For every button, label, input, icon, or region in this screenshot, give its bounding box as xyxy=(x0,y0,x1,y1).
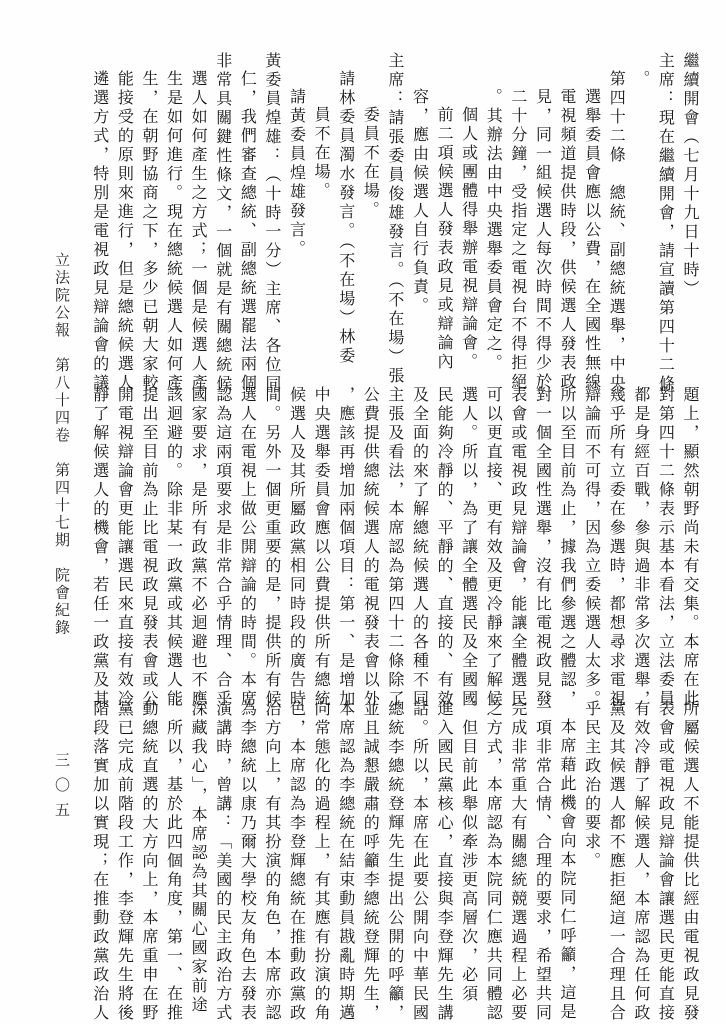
text-column: 遴選方式，特別是電視政見辯論會的議 xyxy=(87,52,112,394)
text-column: 有效冷靜了解候選人，本席認為任何政 xyxy=(628,700,653,1024)
gazette-page: 立法院公報 第八十四卷 第四十七期 院會紀錄 三〇五 繼續開會（七月十九日十時）… xyxy=(0,0,726,1024)
text-column: 都是身經百戰，參與過非常多次選舉， xyxy=(628,386,653,712)
text-column: 主張及看法，本席認為第四十二條除了 xyxy=(382,386,407,712)
text-column: 二十分鐘，受指定之電視台不得拒絕 xyxy=(505,52,530,394)
text-column: 主席：現在繼續開會，請宣讀第四十二條 xyxy=(653,52,678,394)
text-column: 及全面的來了解總統候選人的各種不同 xyxy=(407,386,432,712)
text-column: 話。所以，本席在此要公開向中華民國 xyxy=(407,700,432,1024)
page-number: 三〇五 xyxy=(52,752,73,862)
text-column: 仁，我們審查總統、副總統選罷法兩個 xyxy=(235,52,260,394)
text-column: 選人。所以，為了讓全體選民及全國國 xyxy=(456,386,481,712)
text-column: 。但目前此舉似牽涉更高層次，必須 xyxy=(456,700,481,1024)
text-column: 對第四十二條表示基本看法，立法委員 xyxy=(653,386,678,712)
text-column: 繼續開會（七月十九日十時） xyxy=(677,52,702,394)
text-column: 演講時，曾講：「美國的民主政治方式 xyxy=(210,700,235,1024)
text-column: 階段落實加以實現；在推動政黨政治人 xyxy=(87,700,112,1024)
text-column: 可以更直接、更有效及更冷靜來了解候 xyxy=(481,386,506,712)
text-column: 非常具關鍵性條文，一個就是有關總統候 xyxy=(210,52,235,394)
text-column: 請黃委員煌雄發言。 xyxy=(284,52,309,394)
text-column: 容，應由候選人自行負責。 xyxy=(407,52,432,394)
text-column: 中央選舉委員會應以公費提供所有總統 xyxy=(309,386,334,712)
text-column: 黃委員煌雄：（十時一分）主席、各位同 xyxy=(259,52,284,394)
text-column: 公費提供總統候選人的電視發表會以外 xyxy=(358,386,383,712)
text-column: 治方向上，有其扮演的角色，本席亦認 xyxy=(259,700,284,1024)
text-column: 本席藉此機會向本院同仁呼籲，這是 xyxy=(554,700,579,1024)
text-column: 動總統直選的大方向上，本席重申在野 xyxy=(136,700,161,1024)
text-column: 能接受的原則來進行，但是總統候選人 xyxy=(112,52,137,394)
text-column: 進入國民黨核心，直接與李登輝先生講 xyxy=(431,700,456,1024)
text-column: 提出至目前為止比電視政見發表會或公 xyxy=(136,386,161,712)
text-column: 。所以，基於此四個角度，第一、在推 xyxy=(161,700,186,1024)
text-column: 前二項候選人發表政見或辯論內 xyxy=(431,52,456,394)
text-column: 為李總統以康乃爾大學校友角色去發表 xyxy=(235,700,260,1024)
text-column: 。其辦法由中央選舉委員會定之。 xyxy=(481,52,506,394)
text-column: 生是如何進行。現在總統候選人如何產 xyxy=(161,52,186,394)
text-column: 完成非常重大有關總統競選過程上必要 xyxy=(505,700,530,1024)
text-column: 主席：請張委員俊雄發言。（不在場）張 xyxy=(382,52,407,394)
text-column: 一項非常合情、合理的要求，希望共同 xyxy=(530,700,555,1024)
text-column: 表會或電視政見辯論會，能讓全體選民 xyxy=(505,386,530,712)
text-column: 生，在朝野協商之下，多少已朝大家較 xyxy=(136,52,161,394)
text-column: ，應該再增加兩個項目：第一、是增加 xyxy=(333,386,358,712)
text-column: 選舉委員會應以公費，在全國性無線 xyxy=(579,52,604,394)
text-column: 選人如何產生之方式；一個是候選人產 xyxy=(186,52,211,394)
text-column: 委員不在場。 xyxy=(358,52,383,394)
text-column: 並且誠懇嚴肅的呼籲李總統登輝先生， xyxy=(358,700,383,1024)
text-band-bottom: 所屬候選人不能提供比經由電視政見發表會或電視政見辯論會讓選民更能直接有效冷靜了解… xyxy=(86,700,702,1024)
margin-journal-title: 立法院公報 第八十四卷 第四十七期 院會紀錄 xyxy=(52,252,73,652)
text-column: 表會或電視政見辯論會讓選民更能直接 xyxy=(653,700,678,1024)
text-column: 個人或團體得舉辦電視辯論會。 xyxy=(456,52,481,394)
text-column: 選人在電視上做公開辯論的時間。本席 xyxy=(235,386,260,712)
text-column: 間。另外一個更重要的是，提供所有候 xyxy=(259,386,284,712)
text-column: 題上，顯然朝野尚未有交集。本席在此 xyxy=(677,386,702,712)
text-column: 靜了解候選人的機會，若任一政黨及其 xyxy=(87,386,112,712)
text-column: 候選人及其所屬政黨相同時段的廣告時 xyxy=(284,386,309,712)
text-column: 所以至目前為止，據我們參選之體認， xyxy=(554,386,579,712)
text-column: 黨已完成前階段工作，李登輝先生將後 xyxy=(112,700,137,1024)
text-column: 之方式，本席認為本院同仁應共同體認 xyxy=(481,700,506,1024)
text-band-top: 繼續開會（七月十九日十時）主席：現在繼續開會，請宣讀第四十二條。第四十二條 總統… xyxy=(86,52,702,394)
text-column: 見，同一組候選人每次時間不得少於 xyxy=(530,52,555,394)
text-column: 辯論而不可得，因為立委候選人太多。 xyxy=(579,386,604,712)
text-column: 向常態化的過程上，有其應有扮演的角 xyxy=(309,700,334,1024)
text-column: 請林委員濁水發言。（不在場）林委 xyxy=(333,52,358,394)
text-column: 第四十二條 總統、副總統選舉，中央 xyxy=(604,52,629,394)
text-column: 本席認為李總統在結束動員戡亂時期邁 xyxy=(333,700,358,1024)
text-column: 黨及其候選人都不應拒絕這一合理且合 xyxy=(604,700,629,1024)
text-column: 所屬候選人不能提供比經由電視政見發 xyxy=(677,700,702,1024)
text-column: 深藏我心」，本席認為其關心國家前途 xyxy=(186,700,211,1024)
text-column: 開電視辯論會更能讓選民來直接有效冷 xyxy=(112,386,137,712)
text-column: 國家要求，是所有政黨不必迴避也不應 xyxy=(186,386,211,712)
text-column: 總統李總統登輝先生提出公開的呼籲， xyxy=(382,700,407,1024)
text-column: 乎民主政治的要求。 xyxy=(579,700,604,1024)
text-column: 民能夠冷靜的、平靜的、直接的、有效 xyxy=(431,386,456,712)
text-column: 員不在場。 xyxy=(309,52,334,394)
text-column: 該迴避的。除非某一政黨或其候選人能 xyxy=(161,386,186,712)
text-column: 電視頻道提供時段，供候選人發表政 xyxy=(554,52,579,394)
text-column: 幾乎所有立委在參選時，都想尋求電視 xyxy=(604,386,629,712)
text-column: 認為這兩項要求是非常合乎情理、合乎 xyxy=(210,386,235,712)
text-column: 對一個全國性選舉，沒有比電視政見發 xyxy=(530,386,555,712)
text-band-middle: 題上，顯然朝野尚未有交集。本席在此對第四十二條表示基本看法，立法委員都是身經百戰… xyxy=(86,386,702,712)
text-column: 色，本席認為李登輝總統在推動政黨政 xyxy=(284,700,309,1024)
text-column: 。 xyxy=(628,52,653,394)
